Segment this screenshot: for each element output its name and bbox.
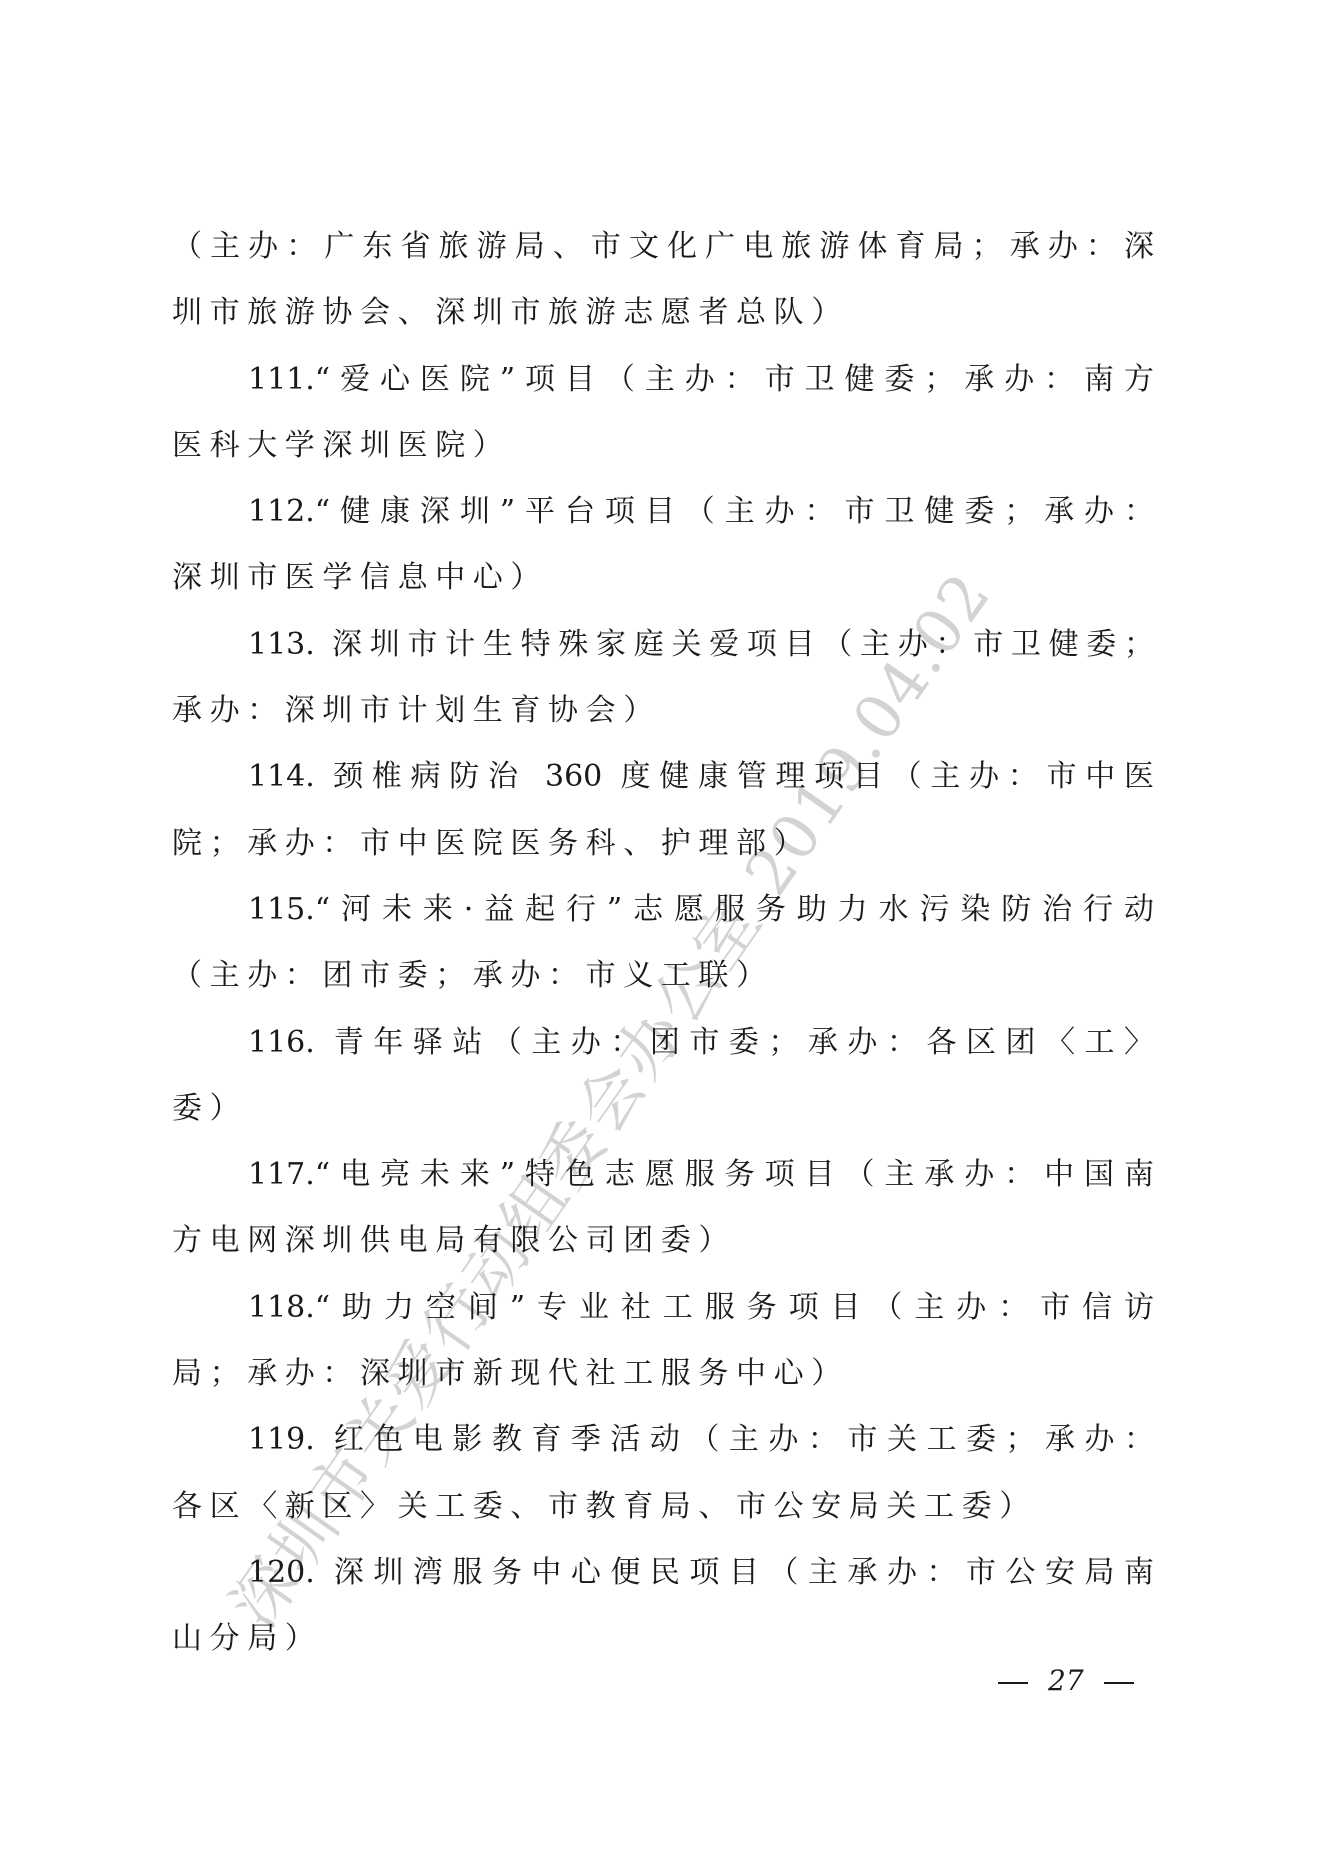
list-item-120: 120. 深圳湾服务中心便民项目（主承办：市公安局南 <box>172 1548 1154 1614</box>
list-item-114: 114. 颈椎病防治 360 度健康管理项目（主办：市中医 <box>172 752 1154 818</box>
list-item-111: 111.“爱心医院”项目（主办：市卫健委；承办：南方 <box>172 355 1154 421</box>
text-line: （主办：团市委；承办：市义工联） <box>172 951 1154 1017</box>
text-line: （主办：广东省旅游局、市文化广电旅游体育局；承办：深 <box>172 222 1154 288</box>
text-line: 委） <box>172 1084 1154 1150</box>
list-item-116: 116. 青年驿站（主办：团市委；承办：各区团〈工〉 <box>172 1018 1154 1084</box>
page-number-value: 27 <box>1048 1664 1084 1697</box>
list-item-113: 113. 深圳市计生特殊家庭关爱项目（主办：市卫健委； <box>172 620 1154 686</box>
list-item-115: 115.“河未来·益起行”志愿服务助力水污染防治行动 <box>172 885 1154 951</box>
text-line: 方电网深圳供电局有限公司团委） <box>172 1216 1154 1282</box>
text-line: 各区〈新区〉关工委、市教育局、市公安局关工委） <box>172 1482 1154 1548</box>
text-line: 深圳市医学信息中心） <box>172 553 1154 619</box>
document-page: 深圳市关爱行动组委会办公室 2019.04.02 （主办：广东省旅游局、市文化广… <box>0 0 1323 1871</box>
list-item-119: 119. 红色电影教育季活动（主办：市关工委；承办： <box>172 1415 1154 1481</box>
list-item-117: 117.“电亮未来”特色志愿服务项目（主承办：中国南 <box>172 1150 1154 1216</box>
list-item-118: 118.“助力空间”专业社工服务项目（主办：市信访 <box>172 1283 1154 1349</box>
page-number-dash-left <box>998 1682 1028 1684</box>
document-body: （主办：广东省旅游局、市文化广电旅游体育局；承办：深 圳市旅游协会、深圳市旅游志… <box>172 222 1154 1681</box>
page-number-dash-right <box>1104 1682 1134 1684</box>
text-line: 医科大学深圳医院） <box>172 421 1154 487</box>
list-item-112: 112.“健康深圳”平台项目（主办：市卫健委；承办： <box>172 487 1154 553</box>
text-line: 圳市旅游协会、深圳市旅游志愿者总队） <box>172 288 1154 354</box>
page-number: 27 <box>978 1664 1148 1697</box>
text-line: 局；承办：深圳市新现代社工服务中心） <box>172 1349 1154 1415</box>
text-line: 承办：深圳市计划生育协会） <box>172 686 1154 752</box>
text-line: 院；承办：市中医院医务科、护理部） <box>172 819 1154 885</box>
